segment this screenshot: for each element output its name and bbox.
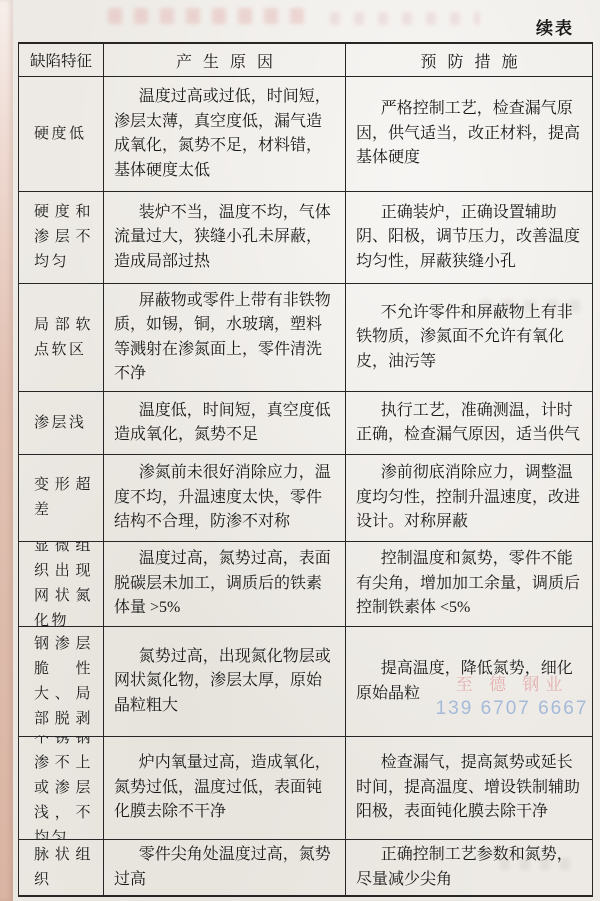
cause-cell: 温度过高，氮势过高，表面脱碳层未加工，调质后的铁素体量 >5% xyxy=(104,542,346,626)
cause-cell: 渗氮前未很好消除应力，温度不均，升温速度太快，零件结构不合理，防渗不对称 xyxy=(104,455,346,541)
cause-text: 零件尖角处温度过高，氮势过高 xyxy=(104,840,345,895)
defect-text: 不锈钢渗不上或渗层浅，不均匀 xyxy=(19,737,103,839)
header-cause: 产生原因 xyxy=(104,44,346,76)
prevention-cell: 正确装炉，正确设置辅助阴、阳极，调节压力，改善温度均匀性，屏蔽狭缝小孔 xyxy=(346,192,592,283)
table-row-deformation: 变形超差 渗氮前未很好消除应力，温度不均，升温速度太快，零件结构不合理，防渗不对… xyxy=(19,455,592,542)
prevention-cell: 控制温度和氮势，零件不能有尖角，增加加工余量，调质后控制铁素体 <5% xyxy=(346,542,592,626)
table-row-shallow-layer: 渗层浅 温度低，时间短，真空度低造成氧化，氮势不足 执行工艺，准确测温，计时正确… xyxy=(19,392,592,455)
defect-text: 局部软点软区 xyxy=(19,311,103,365)
prevention-text: 提高温度，降低氮势，细化原始晶粒 xyxy=(346,654,592,709)
cause-text: 炉内氧量过高，造成氧化，氮势过低，温度过低，表面钝化膜去除不干净 xyxy=(104,748,345,828)
cause-text: 温度过高，氮势过高，表面脱碳层未加工，调质后的铁素体量 >5% xyxy=(104,544,345,624)
prevention-cell: 执行工艺，准确测温，计时正确，检查漏气原因，适当供气 xyxy=(346,392,592,454)
header-defect-feature: 缺陷特征 xyxy=(19,44,104,76)
prevention-text: 正确控制工艺参数和氮势，尽量减少尖角 xyxy=(346,840,592,895)
defect-text: 显微组织出现网状氮化物 xyxy=(19,542,103,626)
defect-text: 渗层浅 xyxy=(19,409,103,438)
bleed-through-mark xyxy=(108,8,308,24)
cause-text: 屏蔽物或零件上带有非铁物质，如锡，铜，水玻璃，塑料等溅射在渗氮面上，零件清洗不净 xyxy=(104,286,345,390)
bleed-through-mark xyxy=(330,12,480,25)
cause-text: 渗氮前未很好消除应力，温度不均，升温速度太快，零件结构不合理，防渗不对称 xyxy=(104,458,345,538)
prevention-cell: 严格控制工艺，检查漏气原因，供气适当，改正材料，提高基体硬度 xyxy=(346,77,592,191)
continuation-table-label: 续表 xyxy=(536,14,574,39)
defect-cell: 不锈钢渗不上或渗层浅，不均匀 xyxy=(19,737,104,839)
table-row-network-nitrides: 显微组织出现网状氮化物 温度过高，氮势过高，表面脱碳层未加工，调质后的铁素体量 … xyxy=(19,542,592,627)
prevention-cell: 渗前彻底消除应力，调整温度均匀性，控制升温速度，改进设计。对称屏蔽 xyxy=(346,455,592,541)
defect-text: 硬度低 xyxy=(19,120,103,149)
table-row-stainless-steel: 不锈钢渗不上或渗层浅，不均匀 炉内氧量过高，造成氧化，氮势过低，温度过低，表面钝… xyxy=(19,737,592,840)
cause-cell: 温度低，时间短，真空度低造成氧化，氮势不足 xyxy=(104,392,346,454)
table-row-vein-structure: 脉状组织 零件尖角处温度过高，氮势过高 正确控制工艺参数和氮势，尽量减少尖角 xyxy=(19,840,592,895)
cause-text: 温度低，时间短，真空度低造成氧化，氮势不足 xyxy=(104,396,345,451)
prevention-cell: 正确控制工艺参数和氮势，尽量减少尖角 xyxy=(346,840,592,895)
table-row-soft-spots: 局部软点软区 屏蔽物或零件上带有非铁物质，如锡，铜，水玻璃，塑料等溅射在渗氮面上… xyxy=(19,284,592,392)
cause-text: 氮势过高，出现氮化物层或网状氮化物，渗层太厚，原始晶粒粗大 xyxy=(104,642,345,722)
defect-text: 硬度和渗层不均匀 xyxy=(19,198,103,277)
defect-text: 脉状组织 xyxy=(19,841,103,895)
cause-text: 温度过高或过低，时间短，渗层太薄，真空度低，漏气造成氧化，氮势不足，材料错，基体… xyxy=(104,82,345,186)
prevention-text: 检查漏气，提高氮势或延长时间，提高温度、增设铁制辅助阳极，表面钝化膜去除干净 xyxy=(346,748,592,828)
defect-cell: 硬度低 xyxy=(19,77,104,191)
cause-text: 装炉不当，温度不均，气体流量过大，狭缝小孔未屏蔽，造成局部过热 xyxy=(104,198,345,278)
defect-cell: 脉状组织 xyxy=(19,840,104,895)
defect-cell: 局部软点软区 xyxy=(19,284,104,391)
header-prevention: 预防措施 xyxy=(346,44,592,76)
prevention-text: 控制温度和氮势，零件不能有尖角，增加加工余量，调质后控制铁素体 <5% xyxy=(346,544,592,624)
prevention-text: 执行工艺，准确测温，计时正确，检查漏气原因，适当供气 xyxy=(346,396,592,451)
defect-cell: 变形超差 xyxy=(19,455,104,541)
scanned-book-page: 续表 缺陷特征 产生原因 预防措施 硬度低 温度过高或过低，时间短，渗层太薄，真… xyxy=(0,0,600,901)
table-row-uneven-hardness: 硬度和渗层不均匀 装炉不当，温度不均，气体流量过大，狭缝小孔未屏蔽，造成局部过热… xyxy=(19,192,592,284)
table-header-row: 缺陷特征 产生原因 预防措施 xyxy=(19,44,592,77)
prevention-text: 严格控制工艺，检查漏气原因，供气适当，改正材料，提高基体硬度 xyxy=(346,94,592,174)
table-row-brittle-layer: 高合金钢渗层脆性大、局部脱剥落 氮势过高，出现氮化物层或网状氮化物，渗层太厚，原… xyxy=(19,627,592,737)
defect-cell: 硬度和渗层不均匀 xyxy=(19,192,104,283)
cause-cell: 屏蔽物或零件上带有非铁物质，如锡，铜，水玻璃，塑料等溅射在渗氮面上，零件清洗不净 xyxy=(104,284,346,391)
nitriding-defects-table: 缺陷特征 产生原因 预防措施 硬度低 温度过高或过低，时间短，渗层太薄，真空度低… xyxy=(18,42,593,897)
prevention-text: 渗前彻底消除应力，调整温度均匀性，控制升温速度，改进设计。对称屏蔽 xyxy=(346,458,592,538)
prevention-cell: 不允许零件和屏蔽物上有非铁物质，渗氮面不允许有氧化皮，油污等 xyxy=(346,284,592,391)
page-edge-shadow xyxy=(0,0,13,901)
prevention-cell: 提高温度，降低氮势，细化原始晶粒 xyxy=(346,627,592,736)
defect-text: 高合金钢渗层脆性大、局部脱剥落 xyxy=(19,627,103,736)
prevention-cell: 检查漏气，提高氮势或延长时间，提高温度、增设铁制辅助阳极，表面钝化膜去除干净 xyxy=(346,737,592,839)
prevention-text: 不允许零件和屏蔽物上有非铁物质，渗氮面不允许有氧化皮，油污等 xyxy=(346,298,592,378)
cause-cell: 温度过高或过低，时间短，渗层太薄，真空度低，漏气造成氧化，氮势不足，材料错，基体… xyxy=(104,77,346,191)
table-row-hardness-low: 硬度低 温度过高或过低，时间短，渗层太薄，真空度低，漏气造成氧化，氮势不足，材料… xyxy=(19,77,592,192)
defect-cell: 显微组织出现网状氮化物 xyxy=(19,542,104,626)
prevention-text: 正确装炉，正确设置辅助阴、阳极，调节压力，改善温度均匀性，屏蔽狭缝小孔 xyxy=(346,198,592,278)
defect-text: 变形超差 xyxy=(19,471,103,525)
cause-cell: 装炉不当，温度不均，气体流量过大，狭缝小孔未屏蔽，造成局部过热 xyxy=(104,192,346,283)
defect-cell: 渗层浅 xyxy=(19,392,104,454)
cause-cell: 炉内氧量过高，造成氧化，氮势过低，温度过低，表面钝化膜去除不干净 xyxy=(104,737,346,839)
cause-cell: 氮势过高，出现氮化物层或网状氮化物，渗层太厚，原始晶粒粗大 xyxy=(104,627,346,736)
defect-cell: 高合金钢渗层脆性大、局部脱剥落 xyxy=(19,627,104,736)
cause-cell: 零件尖角处温度过高，氮势过高 xyxy=(104,840,346,895)
